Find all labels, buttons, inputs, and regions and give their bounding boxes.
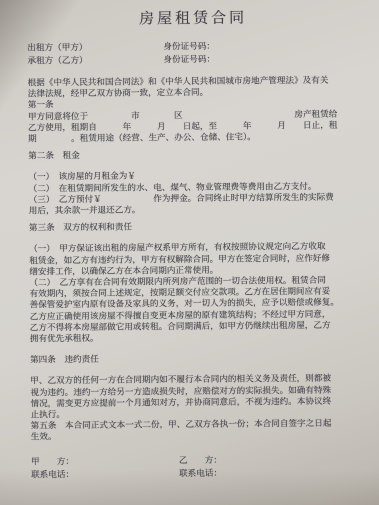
lessee-label: 承租方（乙方） (27, 53, 163, 67)
party-a-signature-label: 甲 方： (31, 454, 179, 468)
contract-page: 房屋租赁合同 出租方（甲方） 身份证号码： 承租方（乙方） 身份证号码： 根据《… (27, 7, 363, 482)
party-b-phone-label: 联系电话： (179, 466, 222, 479)
document-photo: 房屋租赁合同 出租方（甲方） 身份证号码： 承租方（乙方） 身份证号码： 根据《… (0, 0, 379, 505)
lessor-id-label: 身份证号码： (163, 40, 215, 53)
lessor-label: 出租方（甲方） (27, 40, 163, 54)
lessee-id-label: 身份证号码： (163, 53, 215, 66)
phone-row: 联系电话： 联系电话： (31, 465, 363, 481)
party-a-phone-label: 联系电话： (31, 467, 179, 481)
party-b-signature-label: 乙 方： (179, 453, 222, 466)
contract-title: 房屋租赁合同 (27, 9, 359, 30)
